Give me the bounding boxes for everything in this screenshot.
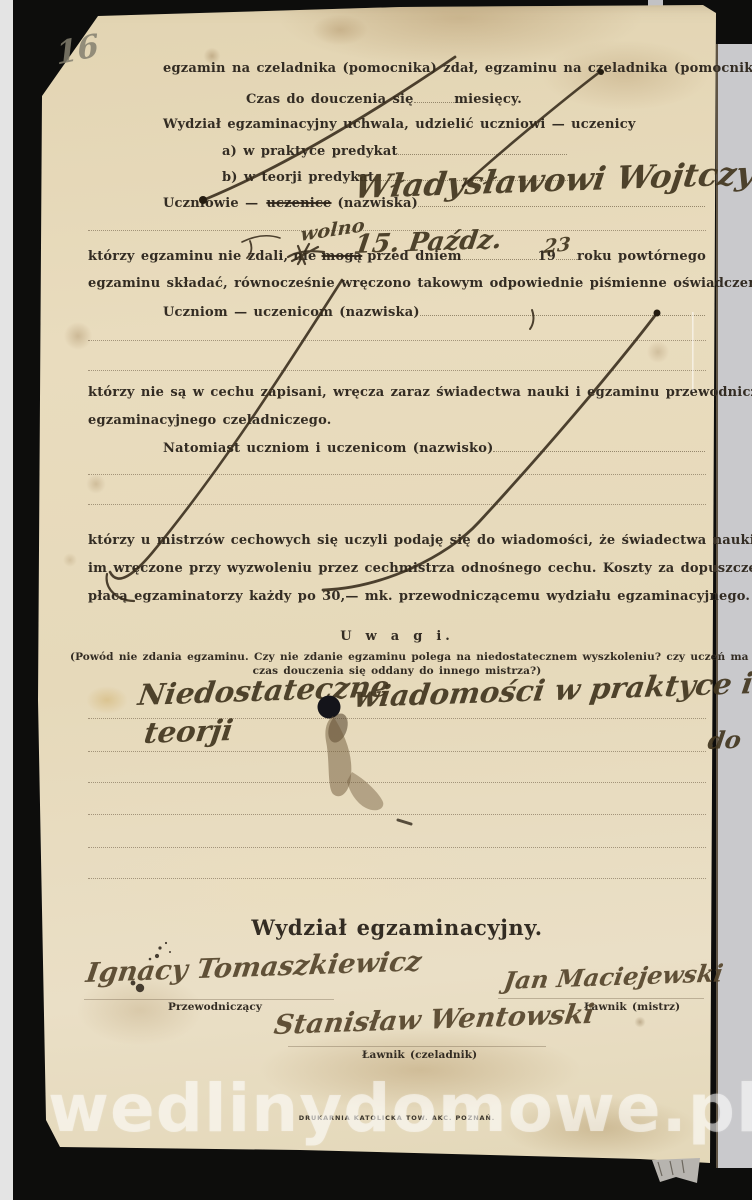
text-however: Natomiast uczniom i uczenicom (nazwisko) <box>163 442 493 457</box>
form-line-not-guild: którzy nie są w cechu zapisani, wręcza z… <box>88 386 752 401</box>
form-line-guild-masters2: im wręczone przy wyzwoleniu przez cechmi… <box>88 562 752 577</box>
text-not-passed-bold: nie zdali, <box>218 250 288 265</box>
form-line-fees: płacą egzaminatorzy każdy po 30,— mk. pr… <box>88 590 750 605</box>
text-students: Uczniowie — <box>163 197 258 212</box>
text-who-failed: którzy egzaminu <box>88 250 213 265</box>
remarks-title: U w a g i. <box>88 630 706 645</box>
text-exam-failed: egzaminu na czeladnika (pomocnika) <box>485 61 752 76</box>
form-line-pupils-names: Uczniom — uczenicom (nazwiska) <box>163 305 705 321</box>
signature-role-chairman: Przewodniczący <box>168 1001 262 1013</box>
blank-months <box>414 92 455 103</box>
scanner-edge-left <box>0 0 13 1200</box>
text-exam-passed: egzamin na czeladnika (pomocnika) <box>163 61 437 76</box>
handwritten-year: 23 <box>543 233 571 258</box>
ruled-line <box>88 813 706 815</box>
handwritten-date: 15. Paźdz. <box>352 225 504 260</box>
text-not: nie <box>293 250 316 265</box>
blank-pupils-names <box>420 305 705 316</box>
signature-role-juror-master: Ławnik (mistrz) <box>584 1001 680 1013</box>
ruled-line <box>88 750 706 752</box>
text-retake-year: roku powtórnego <box>577 250 706 265</box>
ruled-line <box>88 877 706 879</box>
signature-line <box>84 998 334 1000</box>
form-line-practice-grade: a) w praktyce predykat <box>222 144 567 160</box>
ruled-line <box>88 339 706 341</box>
handwritten-margin-note: do <box>706 725 743 755</box>
text-pupils: Uczniom — uczenicom (nazwiska) <box>163 306 420 321</box>
text-passed-bold: zdał, <box>443 61 478 76</box>
signature-line <box>288 1045 546 1047</box>
form-line-exam-result: egzamin na czeladnika (pomocnika) zdał, … <box>163 62 752 77</box>
blank-however-names <box>493 441 705 452</box>
ruled-line <box>88 781 706 783</box>
text-retraining: Czas do douczenia się <box>246 93 414 108</box>
form-line-not-guild2: egzaminacyjnego czeladniczego. <box>88 414 331 429</box>
text-theory: b) w teorji predykat <box>222 171 374 186</box>
site-watermark: wedlinydomowe.pl <box>48 1070 752 1147</box>
blank-practice-grade <box>398 144 567 155</box>
ruled-line <box>88 473 706 475</box>
scanned-document-page: 16 egzamin na czeladnika (pomocnika) zda… <box>0 0 752 1200</box>
form-line-however-pupils: Natomiast uczniom i uczenicom (nazwisko) <box>163 441 705 457</box>
committee-heading: Wydział egzaminacyjny. <box>88 916 706 940</box>
signature-line <box>498 997 704 999</box>
text-months: miesięcy. <box>454 93 522 108</box>
ruled-line <box>88 369 706 371</box>
signature-role-juror-journeyman: Ławnik (czeladnik) <box>362 1049 477 1061</box>
form-line-retraining-time: Czas do douczenia się miesięcy. <box>246 92 522 108</box>
next-page-edge <box>716 44 752 1168</box>
text-students-fem-struck: uczenice <box>266 197 331 212</box>
ruled-line <box>88 846 706 848</box>
text-practice: a) w praktyce predykat <box>222 145 398 160</box>
handwritten-remark-2: teorji <box>142 713 235 750</box>
form-line-statement-handed: egzaminu składać, równocześnie wręczono … <box>88 277 752 292</box>
ruled-line <box>88 503 706 505</box>
form-line-board-resolves: Wydział egzaminacyjny uchwala, udzielić … <box>163 118 636 133</box>
remarks-note-1: (Powód nie zdania egzaminu. Czy nie zdan… <box>70 651 710 663</box>
form-line-guild-masters: którzy u mistrzów cechowych się uczyli p… <box>88 534 752 549</box>
torn-paper-texture <box>658 1160 684 1176</box>
